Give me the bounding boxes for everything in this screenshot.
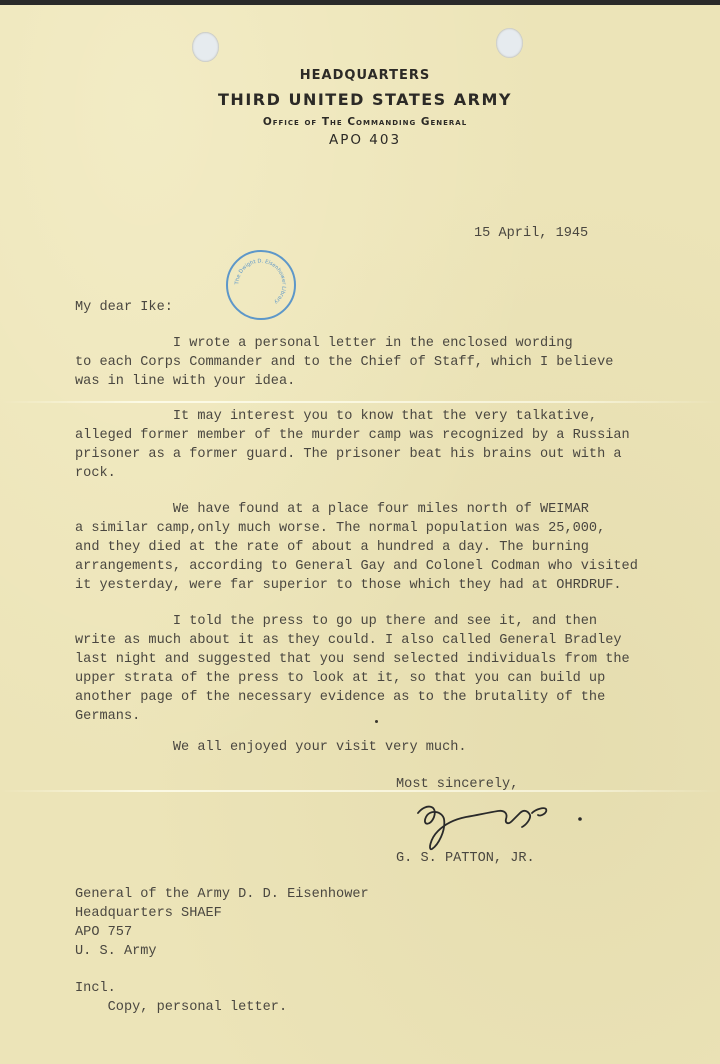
punch-hole-right bbox=[496, 28, 523, 58]
paragraph-line: We all enjoyed your visit very much. bbox=[75, 739, 467, 757]
paragraph-line: alleged former member of the murder camp… bbox=[75, 427, 630, 445]
paragraph-line: prisoner as a former guard. The prisoner… bbox=[75, 446, 622, 464]
address-line: Headquarters SHAEF bbox=[75, 905, 222, 923]
paragraph-line: Germans. bbox=[75, 708, 140, 726]
paragraph-line: another page of the necessary evidence a… bbox=[75, 689, 605, 707]
paragraph-line: upper strata of the press to look at it,… bbox=[75, 670, 605, 688]
paragraph-line: It may interest you to know that the ver… bbox=[75, 408, 597, 426]
stamp-text: The Dwight D. Eisenhower Library bbox=[234, 258, 286, 304]
fold-crease-lower bbox=[0, 790, 720, 792]
paragraph-line: arrangements, according to General Gay a… bbox=[75, 558, 638, 576]
address-line: General of the Army D. D. Eisenhower bbox=[75, 886, 369, 904]
paragraph-line: and they died at the rate of about a hun… bbox=[75, 539, 589, 557]
letterhead-office: Office of The Commanding General bbox=[5, 116, 720, 128]
letterhead-apo: APO 403 bbox=[5, 132, 720, 148]
signature-name: G. S. PATTON, JR. bbox=[396, 850, 535, 868]
fold-crease-upper bbox=[0, 401, 720, 403]
closing: Most sincerely, bbox=[396, 776, 518, 794]
paragraph-line: I told the press to go up there and see … bbox=[75, 613, 597, 631]
punch-hole-left bbox=[192, 32, 219, 62]
paragraph-line: We have found at a place four miles nort… bbox=[75, 501, 589, 519]
svg-text:The Dwight D. Eisenhower Libra: The Dwight D. Eisenhower Library bbox=[234, 258, 286, 304]
paragraph-line: it yesterday, were far superior to those… bbox=[75, 577, 622, 595]
paragraph-line: to each Corps Commander and to the Chief… bbox=[75, 354, 613, 372]
address-line: APO 757 bbox=[75, 924, 132, 942]
paragraph-line: write as much about it as they could. I … bbox=[75, 632, 622, 650]
enclosure-item: Copy, personal letter. bbox=[75, 999, 287, 1017]
ink-mark bbox=[375, 720, 378, 723]
enclosure-label: Incl. bbox=[75, 980, 116, 998]
paragraph-line: last night and suggested that you send s… bbox=[75, 651, 630, 669]
library-stamp-icon: The Dwight D. Eisenhower Library bbox=[226, 250, 296, 320]
salutation: My dear Ike: bbox=[75, 299, 173, 317]
address-line: U. S. Army bbox=[75, 943, 157, 961]
paragraph-line: a similar camp,only much worse. The norm… bbox=[75, 520, 605, 538]
paragraph-line: was in line with your idea. bbox=[75, 373, 295, 391]
letterhead-army: THIRD UNITED STATES ARMY bbox=[5, 90, 720, 109]
letterhead-headquarters: HEADQUARTERS bbox=[5, 68, 720, 83]
paragraph-line: rock. bbox=[75, 465, 116, 483]
paragraph-line: I wrote a personal letter in the enclose… bbox=[75, 335, 573, 353]
letter-date: 15 April, 1945 bbox=[474, 225, 588, 243]
